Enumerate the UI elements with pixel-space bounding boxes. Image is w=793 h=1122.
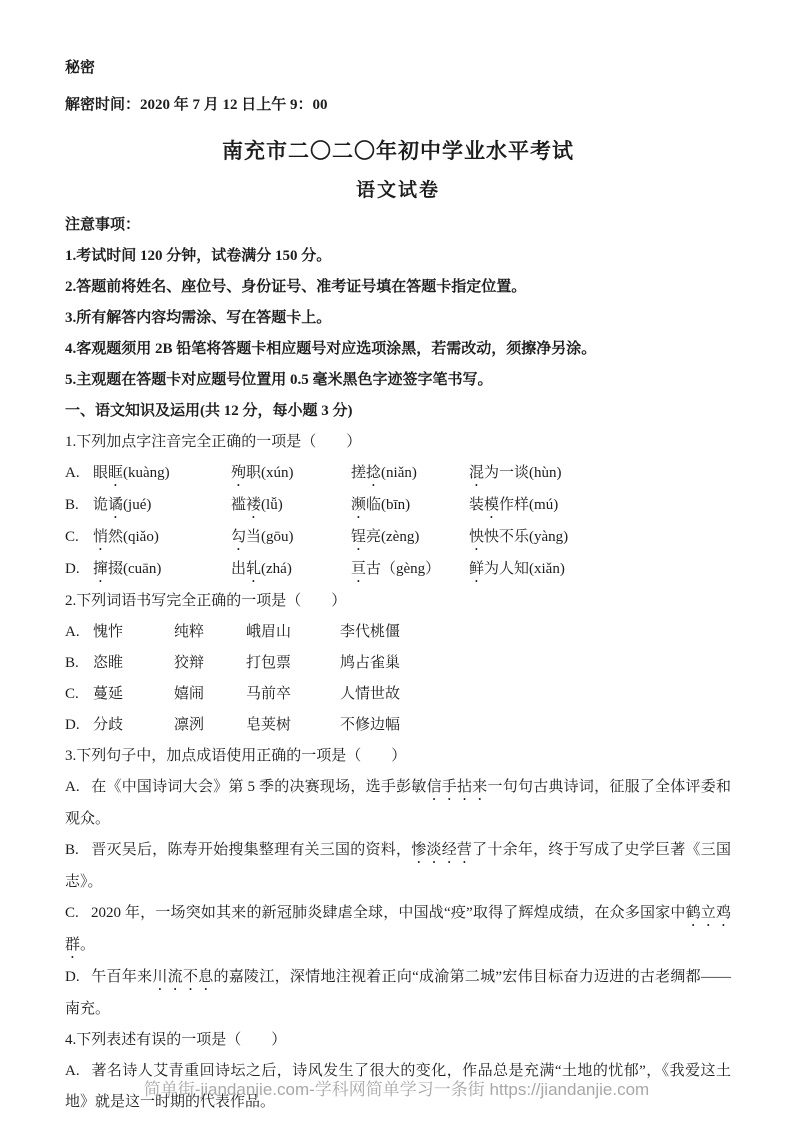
emphasized-char: 勾	[231, 529, 246, 545]
option-word: 殉职(xún)	[231, 458, 351, 490]
emphasized-char: 谲	[108, 497, 123, 513]
seg-post: 掇(cuān)	[108, 561, 161, 577]
emphasized-idiom: 信手拈来	[427, 779, 488, 795]
option-word: 诡谲(jué)	[93, 490, 231, 522]
emphasized-char: 鲜	[469, 561, 484, 577]
option-word: 出轧(zhá)	[231, 554, 351, 586]
emphasized-char: 殉	[231, 465, 246, 481]
exam-paper-page: 秘密 解密时间：2020 年 7 月 12 日上午 9：00 南充市二〇二〇年初…	[0, 0, 793, 1122]
option-word: 搓捻(niǎn)	[351, 458, 469, 490]
option-word: 装模作样(mú)	[469, 490, 731, 522]
q1-option-row-d: D. 撺掇(cuān) 出轧(zhá) 亘古（gèng） 鲜为人知(xiǎn)	[65, 554, 731, 586]
option-word: 怏怏不乐(yàng)	[469, 522, 731, 554]
option-label: C.	[65, 679, 93, 710]
emphasized-char: 混	[469, 465, 484, 481]
seg-pre: 装	[469, 497, 484, 513]
notice-item-4: 4.客观题须用 2B 铅笔将答题卡相应题号对应选项涂黑，若需改动，须擦净另涂。	[65, 334, 731, 365]
option-word: 峨眉山	[246, 617, 340, 648]
q3-option-d: D.午百年来川流不息的嘉陵江，深情地注视着正向“成渝第二城”宏伟目标奋力迈进的古…	[65, 962, 731, 1025]
emphasized-char: 锃	[351, 529, 366, 545]
option-label: C.	[65, 522, 93, 554]
emphasized-char: 褛	[246, 497, 261, 513]
option-word: 濒临(bīn)	[351, 490, 469, 522]
emphasized-char: 轧	[246, 561, 261, 577]
option-word: 蔓延	[93, 679, 174, 710]
notice-item-3: 3.所有解答内容均需涂、写在答题卡上。	[65, 303, 731, 334]
option-label: D.	[65, 710, 93, 741]
emphasized-char: 捻	[366, 465, 381, 481]
option-label: D.	[65, 962, 91, 993]
seg-post: 怏不乐(yàng)	[484, 529, 568, 545]
seg-pre: 出	[231, 561, 246, 577]
seg-post: 然(qiǎo)	[108, 529, 159, 545]
option-word: 分歧	[93, 710, 174, 741]
secret-label: 秘密	[65, 58, 731, 78]
option-label: B.	[65, 490, 93, 522]
emphasized-char: 撺	[93, 561, 108, 577]
option-word: 鸠占雀巢	[340, 648, 731, 679]
footer-watermark: 简单街-jiandanjie.com-学科网简单学习一条街 https://ji…	[0, 1075, 793, 1100]
seg-post: 为人知(xiǎn)	[484, 561, 565, 577]
option-word: 愧怍	[93, 617, 174, 648]
seg-pre: 诡	[93, 497, 108, 513]
seg-pre: 搓	[351, 465, 366, 481]
option-word: 狡辩	[174, 648, 246, 679]
seg-post: 当(gōu)	[246, 529, 294, 545]
option-label: B.	[65, 835, 91, 866]
q2-option-row-d: D. 分歧 凛洌 皂荚树 不修边幅	[65, 710, 731, 741]
option-word: 李代桃僵	[340, 617, 731, 648]
option-word: 混为一谈(hùn)	[469, 458, 731, 490]
emphasized-char: 亘	[351, 561, 366, 577]
seg-pre: 晋灭吴后，陈寿开始搜集整理有关三国的资料，	[91, 842, 411, 858]
q1-stem: 1.下列加点字注音完全正确的一项是（ ）	[65, 427, 731, 458]
seg-post: (kuàng)	[123, 465, 170, 481]
decrypt-time-line: 解密时间：2020 年 7 月 12 日上午 9：00	[65, 95, 731, 115]
seg-post: 临(bīn)	[366, 497, 410, 513]
option-word: 撺掇(cuān)	[93, 554, 231, 586]
seg-post: 为一谈(hùn)	[484, 465, 562, 481]
option-label: D.	[65, 554, 93, 586]
q2-option-row-a: A. 愧怍 纯粹 峨眉山 李代桃僵	[65, 617, 731, 648]
q3-option-c: C.2020 年，一场突如其来的新冠肺炎肆虐全球，中国战“疫”取得了辉煌成绩，在…	[65, 898, 731, 962]
seg-pre: 褴	[231, 497, 246, 513]
option-word: 人情世故	[340, 679, 731, 710]
seg-post: (niǎn)	[381, 465, 417, 481]
exam-title: 南充市二〇二〇年初中学业水平考试	[65, 135, 731, 165]
seg-pre: 2020 年，一场突如其来的新冠肺炎肆虐全球，中国战“疫”取得了辉煌成绩，在众多…	[91, 905, 686, 921]
option-word: 勾当(gōu)	[231, 522, 351, 554]
seg-post: (lǚ)	[261, 497, 283, 513]
option-word: 皂荚树	[246, 710, 340, 741]
q2-option-row-c: C. 蔓延 嬉闹 马前卒 人情世故	[65, 679, 731, 710]
option-label: C.	[65, 898, 91, 929]
seg-post: 职(xún)	[246, 465, 294, 481]
option-word: 凛洌	[174, 710, 246, 741]
emphasized-char: 模	[484, 497, 499, 513]
option-word: 打包票	[246, 648, 340, 679]
seg-post: 作样(mú)	[499, 497, 558, 513]
notice-heading: 注意事项：	[65, 210, 731, 241]
option-word: 嬉闹	[174, 679, 246, 710]
q2-option-row-b: B. 恣睢 狡辩 打包票 鸠占雀巢	[65, 648, 731, 679]
option-word: 亘古（gèng）	[351, 554, 469, 586]
seg-pre: 午百年来	[91, 969, 152, 985]
q4-stem: 4.下列表述有误的一项是（ ）	[65, 1025, 731, 1056]
option-word: 锃亮(zèng)	[351, 522, 469, 554]
seg-pre: 眼	[93, 465, 108, 481]
q1-option-row-c: C. 悄然(qiǎo) 勾当(gōu) 锃亮(zèng) 怏怏不乐(yàng)	[65, 522, 731, 554]
seg-pre: 在《中国诗词大会》第 5 季的决赛现场，选手彭敏	[91, 779, 427, 795]
option-word: 马前卒	[246, 679, 340, 710]
option-word: 鲜为人知(xiǎn)	[469, 554, 731, 586]
option-label: A.	[65, 617, 93, 648]
seg-post: 古（gèng）	[366, 561, 440, 577]
emphasized-char: 濒	[351, 497, 366, 513]
option-word: 不修边幅	[340, 710, 731, 741]
seg-post: (zhá)	[261, 561, 292, 577]
option-label: B.	[65, 648, 93, 679]
option-word: 恣睢	[93, 648, 174, 679]
emphasized-idiom: 惨淡经营	[411, 842, 472, 858]
option-label: A.	[65, 772, 91, 803]
q1-option-row-b: B. 诡谲(jué) 褴褛(lǚ) 濒临(bīn) 装模作样(mú)	[65, 490, 731, 522]
q3-option-a: A.在《中国诗词大会》第 5 季的决赛现场，选手彭敏信手拈来一句句古典诗词，征服…	[65, 772, 731, 835]
q2-stem: 2.下列词语书写完全正确的一项是（ ）	[65, 586, 731, 617]
emphasized-char: 怏	[469, 529, 484, 545]
exam-subtitle: 语文试卷	[65, 175, 731, 202]
q3-stem: 3.下列句子中，加点成语使用正确的一项是（ ）	[65, 741, 731, 772]
option-word: 纯粹	[174, 617, 246, 648]
q3-option-b: B.晋灭吴后，陈寿开始搜集整理有关三国的资料，惨淡经营了十余年，终于写成了史学巨…	[65, 835, 731, 898]
seg-post: 。	[80, 937, 95, 953]
option-word: 褴褛(lǚ)	[231, 490, 351, 522]
option-label: A.	[65, 458, 93, 490]
section1-heading: 一、语文知识及运用(共 12 分，每小题 3 分)	[65, 396, 731, 427]
emphasized-idiom: 川流不息	[152, 969, 213, 985]
q1-option-row-a: A. 眼眶(kuàng) 殉职(xún) 搓捻(niǎn) 混为一谈(hùn)	[65, 458, 731, 490]
notice-item-1: 1.考试时间 120 分钟，试卷满分 150 分。	[65, 241, 731, 272]
notice-item-5: 5.主观题在答题卡对应题号位置用 0.5 毫米黑色字迹签字笔书写。	[65, 365, 731, 396]
seg-post: 亮(zèng)	[366, 529, 419, 545]
emphasized-char: 眶	[108, 465, 123, 481]
notice-item-2: 2.答题前将姓名、座位号、身份证号、准考证号填在答题卡指定位置。	[65, 272, 731, 303]
option-word: 眼眶(kuàng)	[93, 458, 231, 490]
seg-post: (jué)	[123, 497, 151, 513]
emphasized-char: 悄	[93, 529, 108, 545]
option-word: 悄然(qiǎo)	[93, 522, 231, 554]
